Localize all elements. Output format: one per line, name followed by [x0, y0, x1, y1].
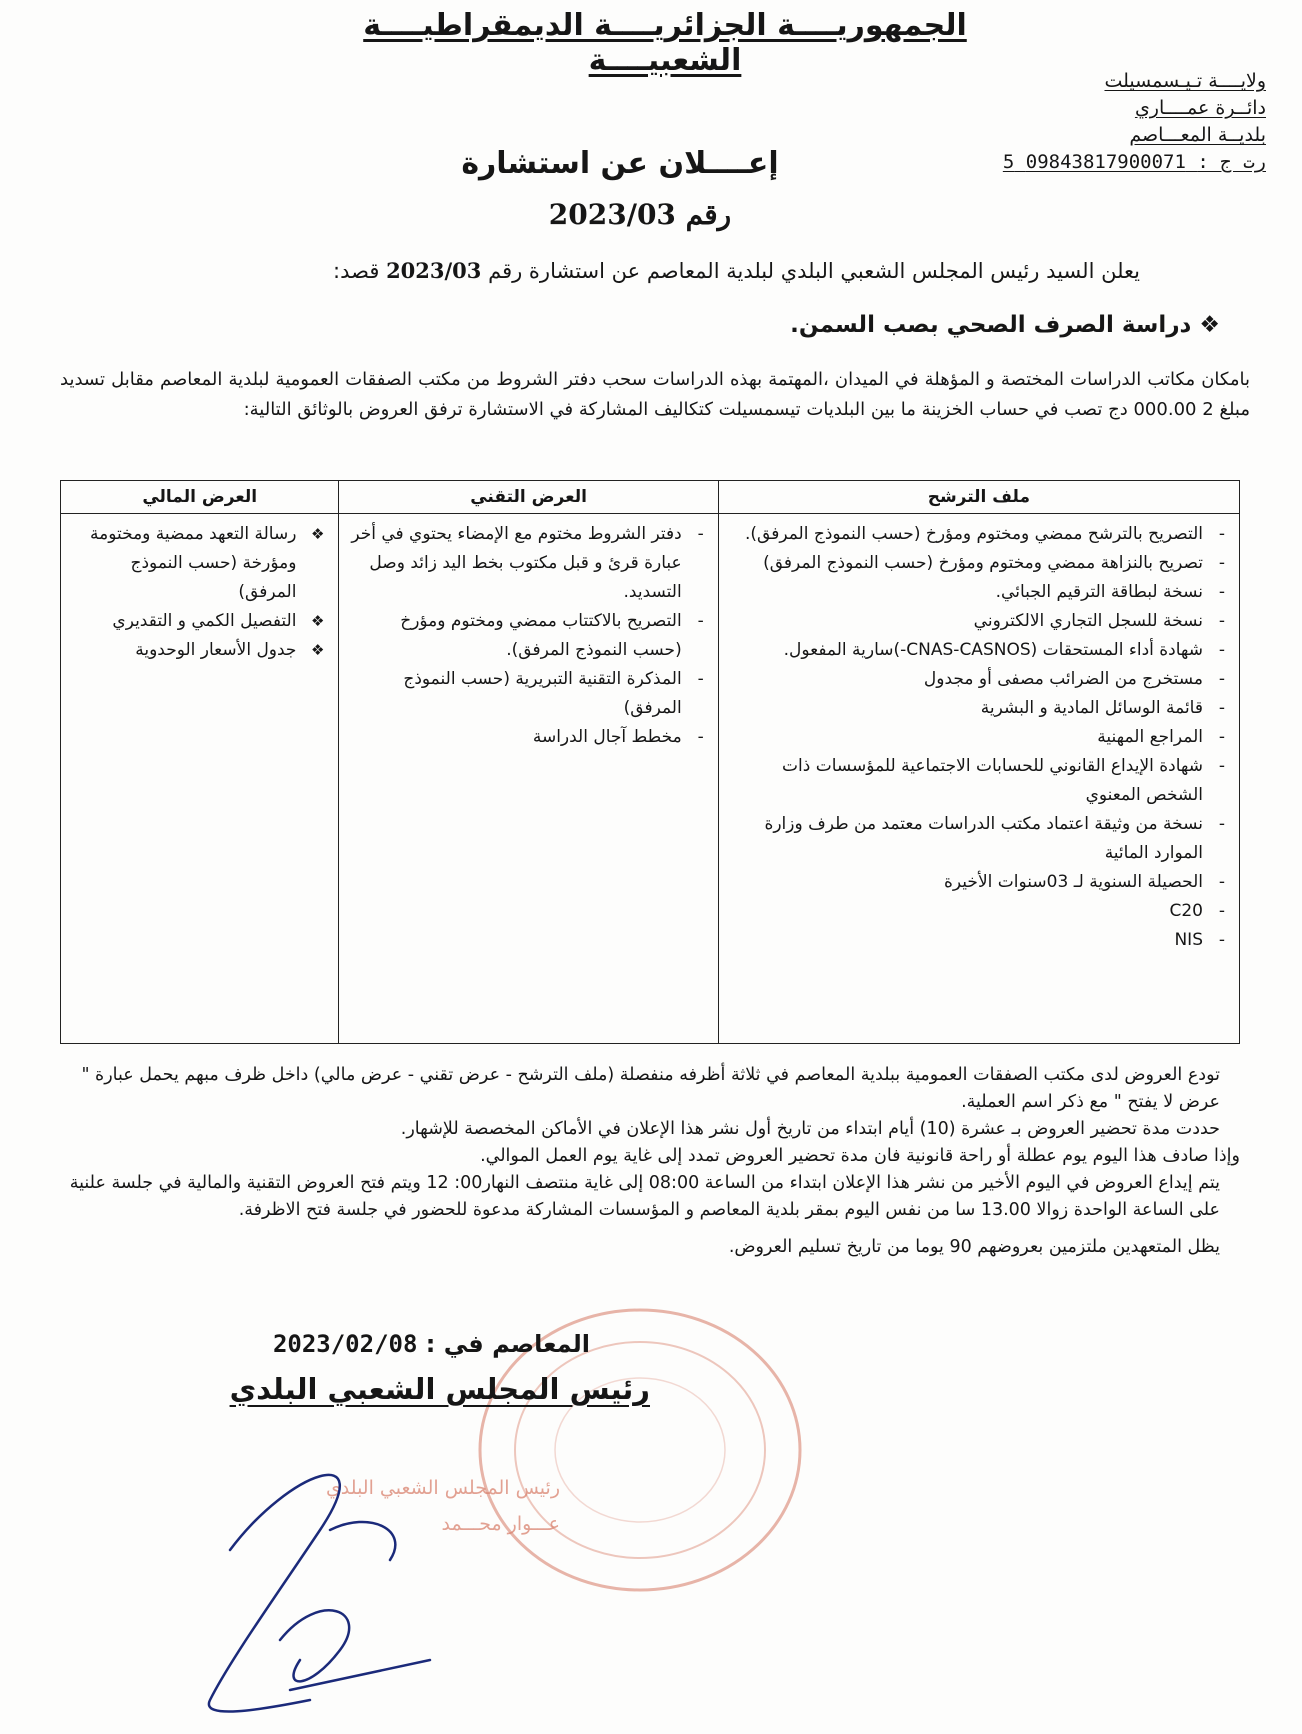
list-item: التفصيل الكمي و التقديري: [71, 607, 328, 636]
list-item: دفتر الشروط مختوم مع الإمضاء يحتوي في أخ…: [349, 520, 707, 607]
header-technical-offer: العرض التقني: [339, 481, 718, 514]
list-item: نسخة للسجل التجاري الالكتروني: [729, 607, 1229, 636]
documents-table: ملف الترشح العرض التقني العرض المالي الت…: [60, 480, 1240, 1044]
list-item: NIS: [729, 926, 1229, 955]
financial-offer-list: رسالة التعهد ممضية ومختومة ومؤرخة (حسب ا…: [71, 520, 328, 665]
list-item: C20: [729, 897, 1229, 926]
wilaya-label: ولايــــة تـيـسمسيلت: [966, 68, 1266, 95]
table-header-row: ملف الترشح العرض التقني العرض المالي: [61, 481, 1240, 514]
list-item: التصريح بالاكتتاب ممضي ومختوم ومؤرخ (حسب…: [349, 607, 707, 665]
validity-paragraph: يظل المتعهدين ملتزمين بعروضهم 90 يوما من…: [50, 1234, 1240, 1261]
subject-line: ❖ دراسة الصرف الصحي بصب السمن.: [560, 312, 1220, 338]
subject-text: دراسة الصرف الصحي بصب السمن.: [790, 312, 1191, 338]
eligibility-paragraph: بامكان مكاتب الدراسات المختصة و المؤهلة …: [60, 365, 1250, 425]
intro-line: يعلن السيد رئيس المجلس الشعبي البلدي لبل…: [200, 258, 1140, 283]
intro-number: 2023/03: [386, 258, 481, 283]
closing-terms: تودع العروض لدى مكتب الصفقات العمومية بب…: [50, 1062, 1240, 1261]
list-item: مستخرج من الضرائب مصفى أو مجدول: [729, 665, 1229, 694]
number-value: 2023/03: [549, 198, 676, 231]
list-item: التصريح بالترشح ممضي ومختوم ومؤرخ (حسب ا…: [729, 520, 1229, 549]
list-item: شهادة الإيداع القانوني للحسابات الاجتماع…: [729, 752, 1229, 810]
list-item: نسخة لبطاقة الترقيم الجبائي.: [729, 578, 1229, 607]
place-label: المعاصم في :: [426, 1330, 590, 1358]
holiday-paragraph: وإذا صادف هذا اليوم يوم عطلة أو راحة قان…: [50, 1143, 1240, 1170]
tax-id-label: رت ج :: [1197, 151, 1266, 173]
consultation-number: رقم 2023/03: [480, 198, 800, 231]
signer-title: رئيس المجلس الشعبي البلدي: [160, 1372, 650, 1406]
republic-heading: الجمهوريــــة الجزائريــــة الديمقراطيــ…: [320, 8, 1010, 78]
header-financial-offer: العرض المالي: [61, 481, 339, 514]
candidacy-file-list: التصريح بالترشح ممضي ومختوم ومؤرخ (حسب ا…: [729, 520, 1229, 955]
list-item: نسخة من وثيقة اعتماد مكتب الدراسات معتمد…: [729, 810, 1229, 868]
list-item: مخطط آجال الدراسة: [349, 723, 707, 752]
opening-session-paragraph: يتم إيداع العروض في اليوم الأخير من نشر …: [50, 1170, 1240, 1224]
technical-offer-list: دفتر الشروط مختوم مع الإمضاء يحتوي في أخ…: [349, 520, 707, 752]
preparation-period-paragraph: حددت مدة تحضير العروض بـ عشرة (10) أيام …: [50, 1116, 1240, 1143]
diamond-bullet-icon: ❖: [1199, 312, 1220, 338]
intro-purpose: قصد:: [333, 259, 379, 283]
tax-id-number: 09843817900071 5: [1003, 151, 1186, 173]
intro-text: يعلن السيد رئيس المجلس الشعبي البلدي لبل…: [488, 259, 1140, 283]
signing-date: 2023/02/08: [273, 1330, 418, 1358]
list-item: رسالة التعهد ممضية ومختومة ومؤرخة (حسب ا…: [71, 520, 328, 607]
submission-paragraph: تودع العروض لدى مكتب الصفقات العمومية بب…: [50, 1062, 1240, 1116]
place-and-date: المعاصم في : 2023/02/08: [170, 1330, 590, 1358]
candidacy-file-cell: التصريح بالترشح ممضي ومختوم ومؤرخ (حسب ا…: [718, 514, 1239, 1044]
announcement-title: إعــــلان عن استشارة: [380, 146, 860, 181]
list-item: المراجع المهنية: [729, 723, 1229, 752]
list-item: شهادة أداء المستحقات (CNAS-CASNOS-)سارية…: [729, 636, 1229, 665]
list-item: تصريح بالنزاهة ممضي ومختوم ومؤرخ (حسب ال…: [729, 549, 1229, 578]
list-item: المذكرة التقنية التبريرية (حسب النموذج ا…: [349, 665, 707, 723]
commune-label: بلديــة المعـــاصم: [966, 122, 1266, 149]
administrative-header: ولايــــة تـيـسمسيلت دائــرة عمــــاري ب…: [966, 68, 1266, 176]
header-candidacy-file: ملف الترشح: [718, 481, 1239, 514]
daira-label: دائــرة عمــــاري: [966, 95, 1266, 122]
handwritten-signature-icon: [170, 1410, 500, 1730]
list-item: الحصيلة السنوية لـ 03سنوات الأخيرة: [729, 868, 1229, 897]
financial-offer-cell: رسالة التعهد ممضية ومختومة ومؤرخة (حسب ا…: [61, 514, 339, 1044]
list-item: جدول الأسعار الوحدوية: [71, 636, 328, 665]
number-label: رقم: [686, 198, 732, 231]
table-row: التصريح بالترشح ممضي ومختوم ومؤرخ (حسب ا…: [61, 514, 1240, 1044]
tax-id-line: رت ج : 09843817900071 5: [966, 149, 1266, 176]
technical-offer-cell: دفتر الشروط مختوم مع الإمضاء يحتوي في أخ…: [339, 514, 718, 1044]
list-item: قائمة الوسائل المادية و البشرية: [729, 694, 1229, 723]
